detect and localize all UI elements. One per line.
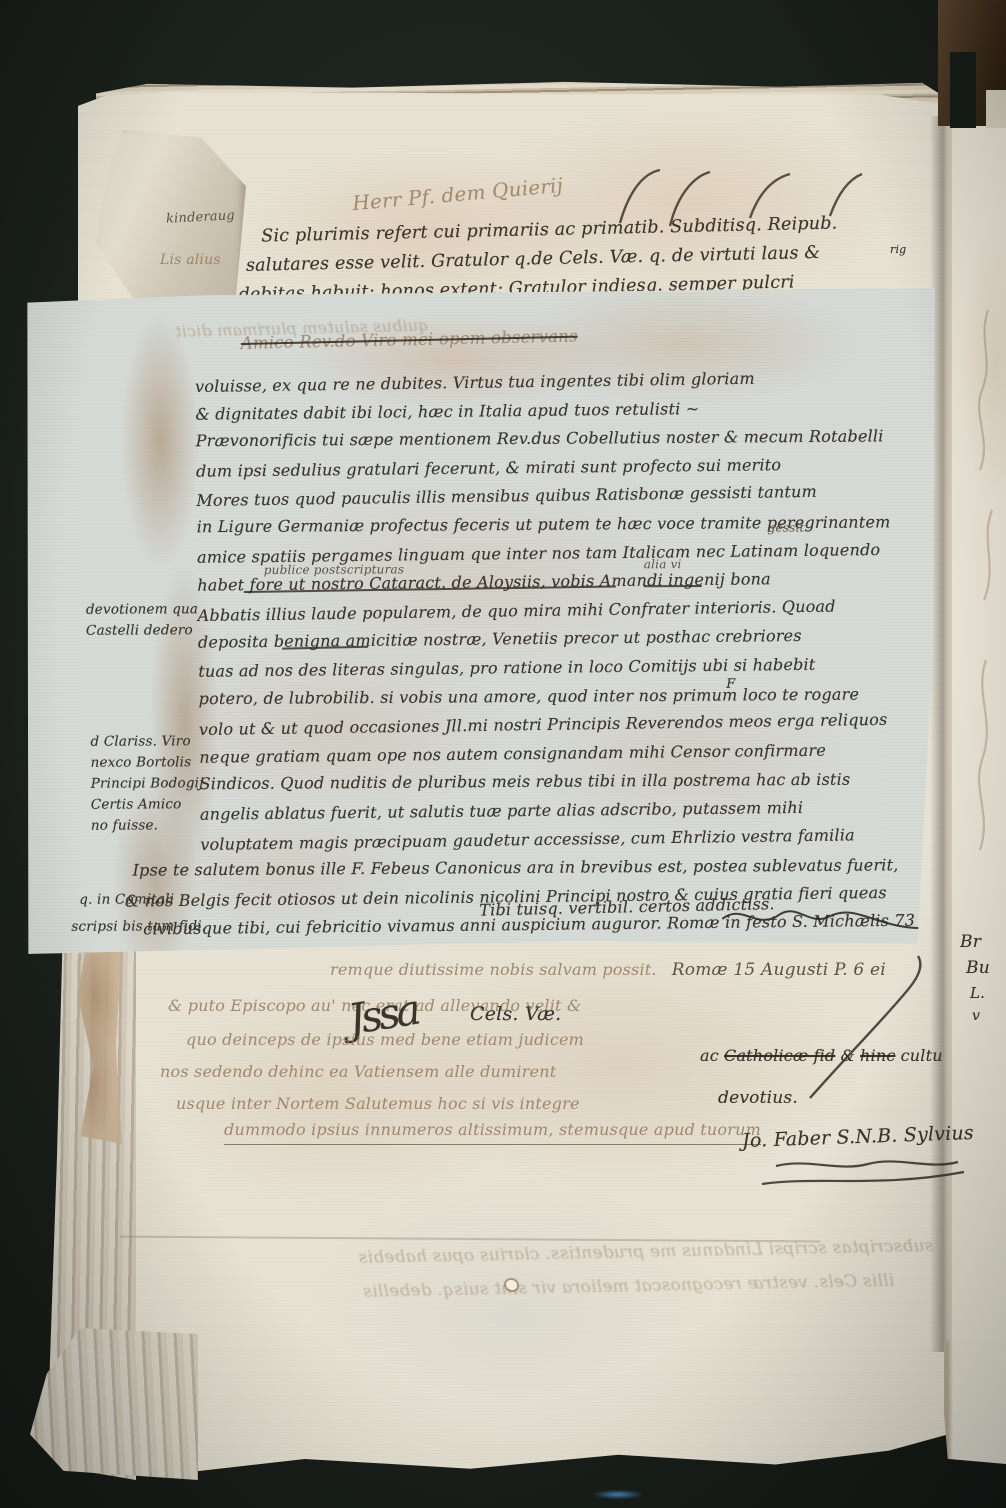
margin-note-cluster: devotionem qua Castelli dedero xyxy=(86,599,198,641)
margin-note: Castelli dedero xyxy=(86,620,198,641)
margin-note: no fuisse. xyxy=(91,815,204,836)
text-fragment: v xyxy=(972,1008,1006,1030)
underlined-faded-line: dummodo ipsius innumeros altissimum, ste… xyxy=(224,1120,761,1145)
inserted-letter-sheet: quibus salutem plurimam dicit Amico Rev.… xyxy=(25,288,940,954)
interlinear-note: publice postscripturas xyxy=(264,562,404,577)
margin-note: d Clariss. Viro xyxy=(90,731,203,752)
pen-stroke-icon xyxy=(806,952,926,1102)
margin-note: Lis alius xyxy=(160,252,221,268)
letter-body: voluisse, ex qua re ne dubites. Virtus t… xyxy=(195,364,925,944)
binding-page-sliver xyxy=(986,90,1006,128)
faded-line: usque inter Nortem Salutemus hoc si vis … xyxy=(176,1094,580,1113)
faded-line: nos sedendo dehinc ea Vatiensem alle dum… xyxy=(160,1062,556,1081)
paper-hole xyxy=(506,1280,517,1290)
strikethrough-mark xyxy=(644,585,702,587)
margin-note: q. in Comitali xyxy=(79,889,206,911)
signature-flourish-icon xyxy=(717,900,937,941)
text-fragment: Bu xyxy=(966,958,1006,984)
date-line: remque diutissime nobis salvam possit. R… xyxy=(330,960,886,980)
margin-note: scripsi bis tam fidi. xyxy=(71,916,206,938)
faded-line: quo deinceps de ipsius med bene etiam ju… xyxy=(186,1030,584,1049)
margin-note: Certis Amico xyxy=(91,794,204,815)
interlinear-note: gessit xyxy=(768,521,805,535)
facing-page-corner xyxy=(944,1336,1006,1464)
superscript-note: F xyxy=(726,677,735,692)
text-fragment: L. xyxy=(970,984,1006,1008)
letter-line: Sindicos. Quod nuditis de pluribus meis … xyxy=(200,765,924,799)
facing-page-faint-writing xyxy=(958,300,1006,860)
margin-note: Principi Bodogij xyxy=(91,773,204,794)
faded-text: remque diutissime nobis salvam possit. xyxy=(330,960,657,979)
binding-notch xyxy=(950,52,976,128)
text: ac xyxy=(700,1046,719,1065)
margin-note-cluster: q. in Comitali scripsi bis tam fidi. xyxy=(79,889,206,938)
cels-abbreviation: Cels. Væ. xyxy=(470,1003,561,1025)
interlinear-note: alia vi xyxy=(644,557,682,571)
facing-page-text: Br Bu L. v xyxy=(960,932,1006,1030)
text-fragment: Br xyxy=(960,932,1006,958)
archival-photo: { "colors": { "background": "#1b211d", "… xyxy=(0,0,1006,1508)
superscript-note: rig xyxy=(890,243,906,256)
margin-note: nexco Bortolis xyxy=(91,752,204,773)
letter-line: Prævonorificis tui sæpe mentionem Rev.du… xyxy=(196,422,920,456)
signature-underline-icon xyxy=(758,1158,968,1192)
scan-glint xyxy=(592,1490,644,1499)
ink-addition: devotius. xyxy=(718,1088,798,1108)
letter-line: Ipse te salutem bonus ille F. Febeus Can… xyxy=(200,851,924,885)
letter-line: in Ligure Germaniæ profectus feceris ut … xyxy=(197,508,921,542)
margin-note: devotionem qua xyxy=(86,599,198,620)
margin-note-cluster: d Clariss. Viro nexco Bortolis Principi … xyxy=(90,731,203,836)
